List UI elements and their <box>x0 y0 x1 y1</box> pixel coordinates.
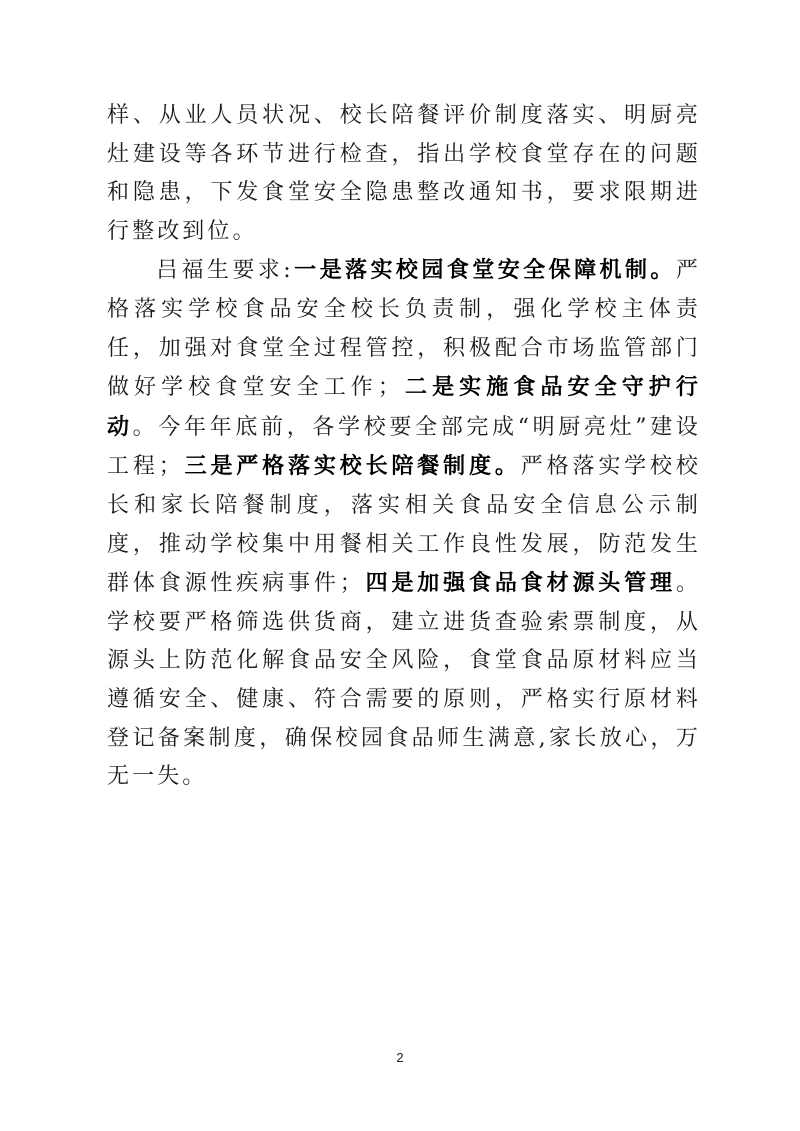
paragraph-inspection-continued: 样、从业人员状况、校长陪餐评价制度落实、明厨亮灶建设等各环节进行检查，指出学校食… <box>107 97 701 251</box>
requirement-3-heading: 三是严格落实校长陪餐制度。 <box>184 453 521 479</box>
paragraph-text: 样、从业人员状况、校长陪餐评价制度落实、明厨亮灶建设等各环节进行检查，指出学校食… <box>107 103 701 244</box>
paragraph-requirements: 吕福生要求:一是落实校园食堂安全保障机制。严格落实学校食品安全校长负责制，强化学… <box>107 251 701 796</box>
document-page: 样、从业人员状况、校长陪餐评价制度落实、明厨亮灶建设等各环节进行检查，指出学校食… <box>0 0 800 1131</box>
requirements-intro: 吕福生要求: <box>156 258 294 283</box>
page-number: 2 <box>0 1050 800 1065</box>
document-body: 样、从业人员状况、校长陪餐评价制度落实、明厨亮灶建设等各环节进行检查，指出学校食… <box>107 97 701 797</box>
requirement-1-heading: 一是落实校园食堂安全保障机制。 <box>294 257 676 283</box>
requirement-4-heading: 四是加强食品食材源头管理 <box>365 570 676 596</box>
requirement-4-text: 。学校要严格筛选供货商，建立进货查验索票制度，从源头上防范化解食品安全风险，食堂… <box>107 571 701 789</box>
